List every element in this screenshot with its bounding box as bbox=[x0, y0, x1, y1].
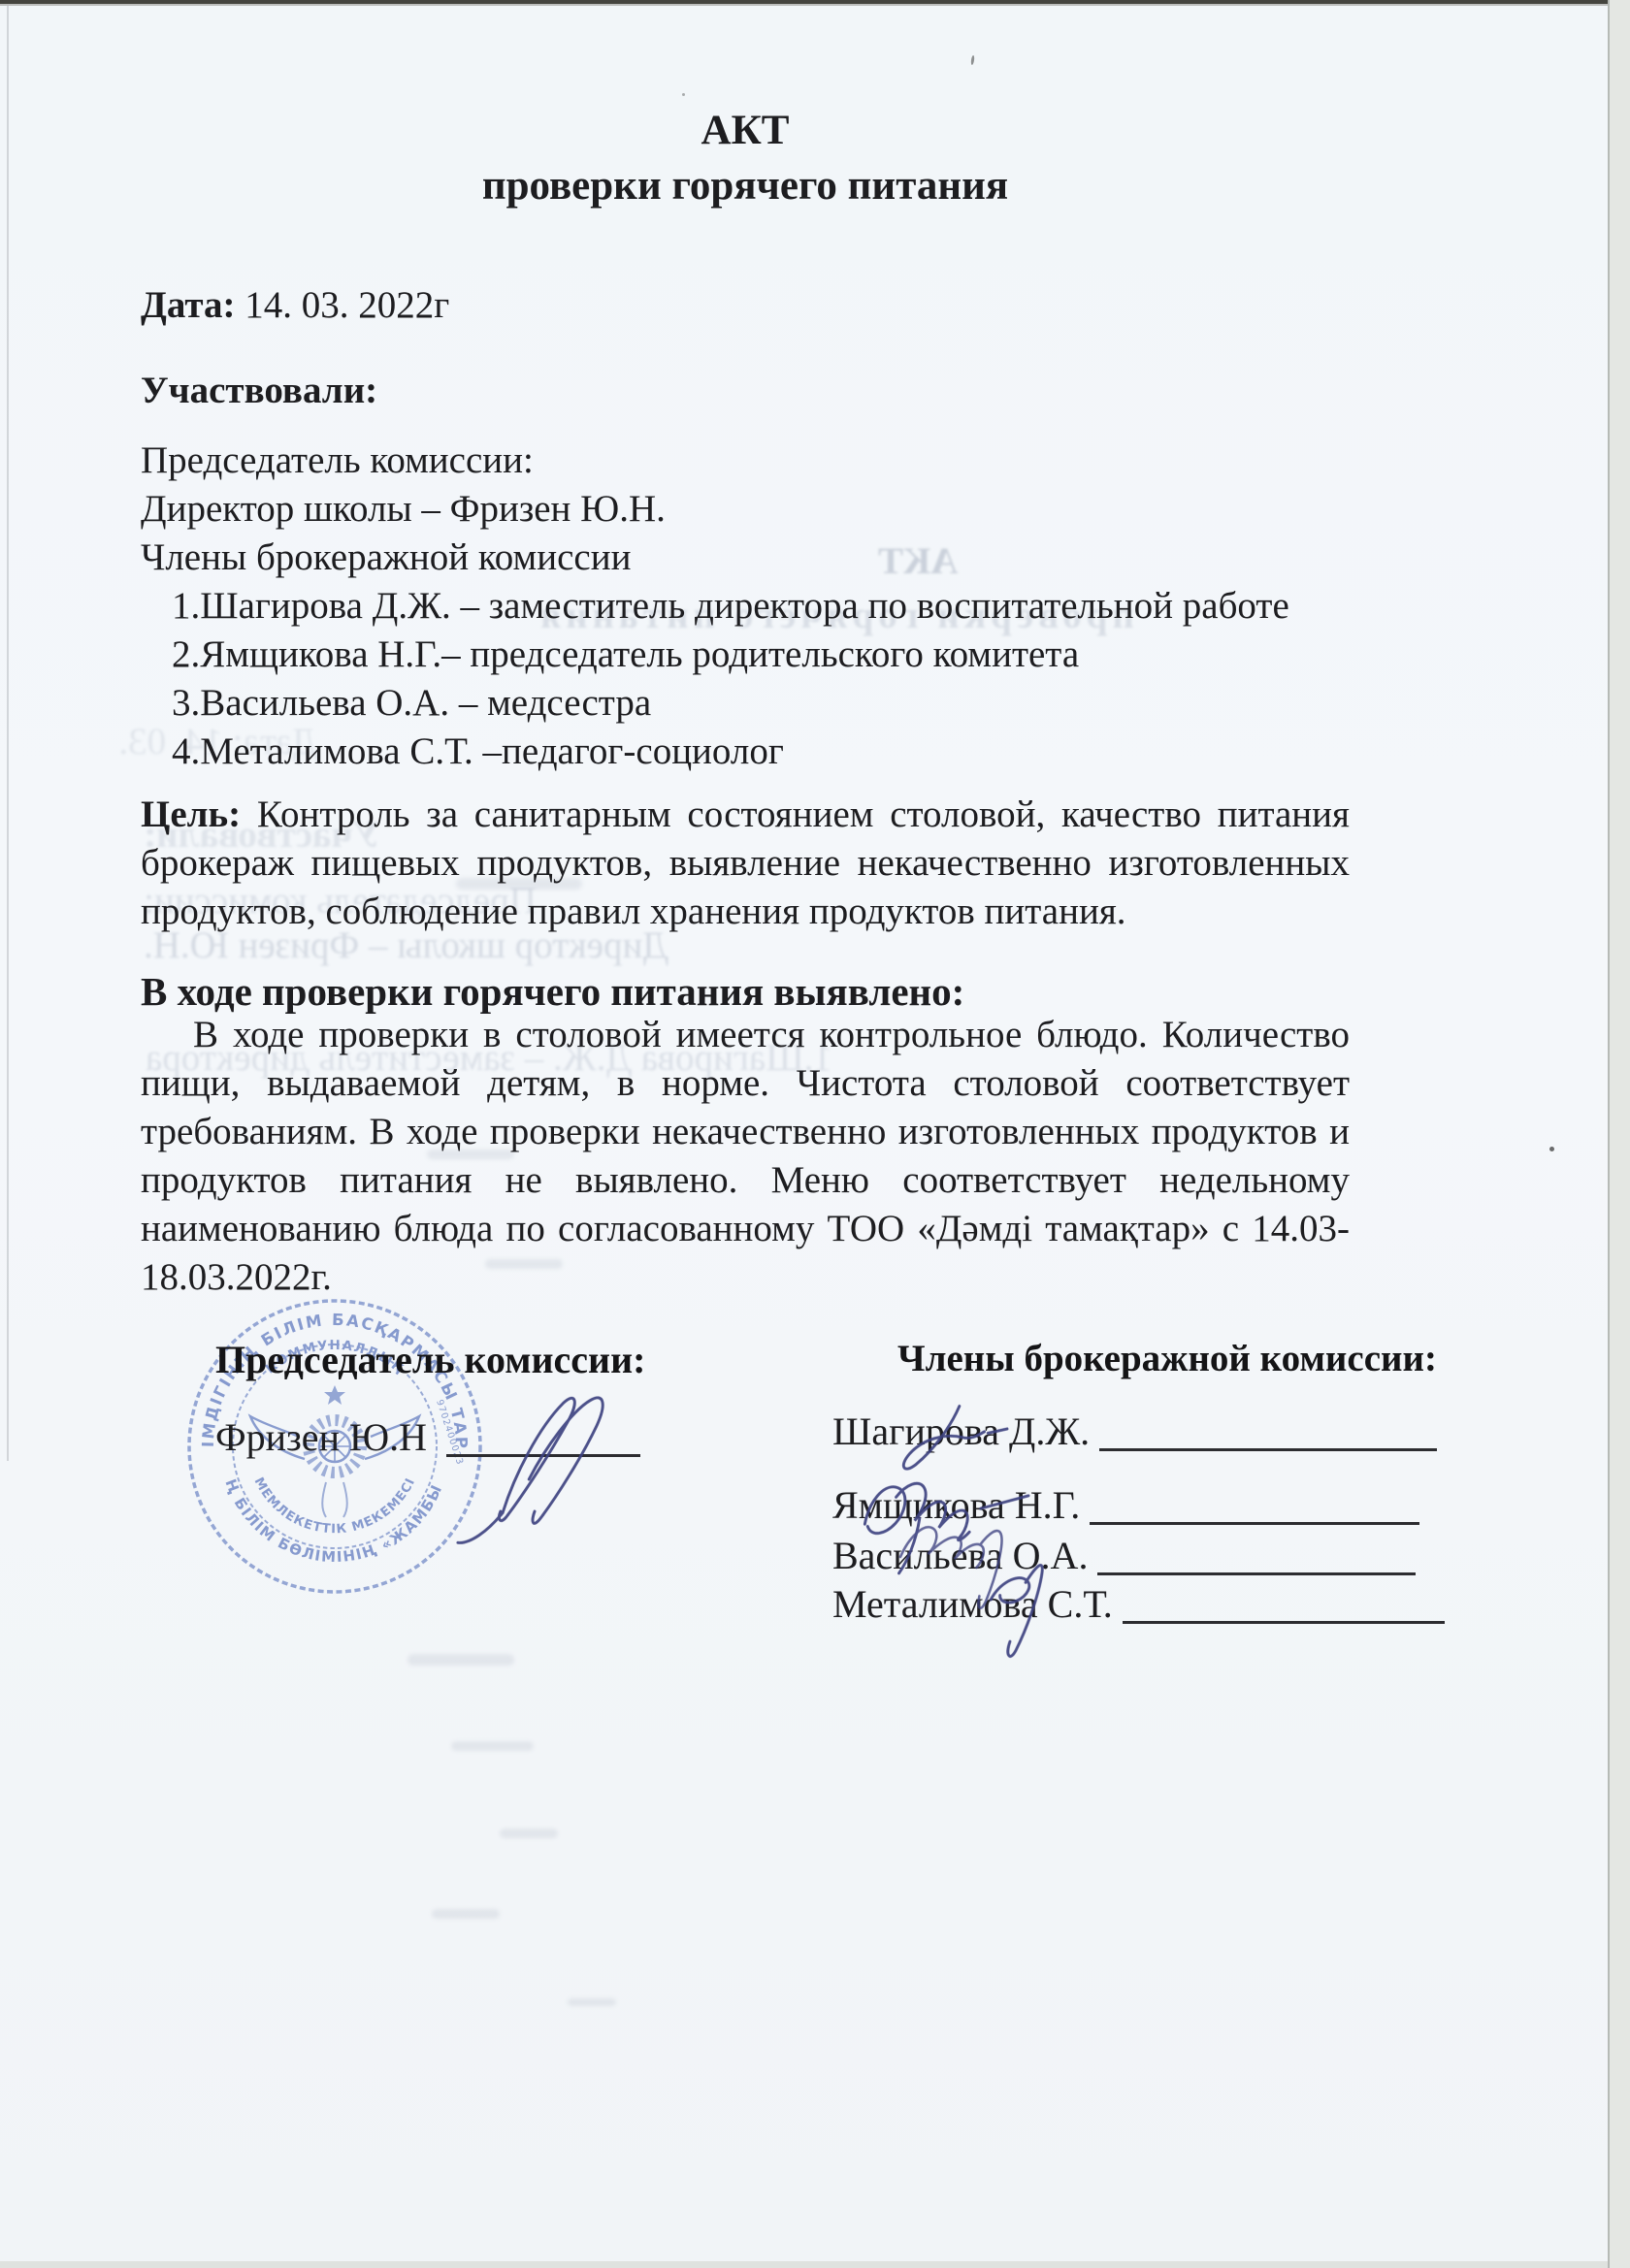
signature-ink-frizen bbox=[458, 1398, 603, 1543]
member-item-4: 4.Металимова С.Т. –педагог-социолог bbox=[141, 728, 1350, 776]
members-label: Члены брокеражной комиссии bbox=[141, 534, 1350, 582]
date-label: Дата: bbox=[141, 284, 235, 326]
scan-speck bbox=[682, 93, 685, 96]
signature-ink-yamshchikova bbox=[864, 1483, 1028, 1573]
member-item-2: 2.Ямщикова Н.Г.– председатель родительск… bbox=[141, 631, 1350, 679]
goal-text: Контроль за санитарным состоянием столов… bbox=[141, 794, 1350, 932]
chairman-label: Председатель комиссии: bbox=[141, 437, 1350, 485]
goal-label: Цель: bbox=[141, 794, 241, 835]
signature-ink-shagirova bbox=[903, 1406, 1007, 1469]
date-value: 14. 03. 2022г bbox=[235, 284, 449, 326]
stamp-star bbox=[324, 1385, 345, 1405]
goal-paragraph: Цель: Контроль за санитарным состоянием … bbox=[141, 791, 1350, 936]
scan-speck bbox=[1549, 1147, 1554, 1151]
scan-edge-bottom bbox=[0, 2261, 1608, 2268]
bleed-mark bbox=[432, 1909, 500, 1919]
handwritten-signatures bbox=[388, 1329, 1455, 1736]
scan-edge-top-shadow bbox=[0, 4, 1630, 6]
date-line: Дата: 14. 03. 2022г bbox=[141, 281, 449, 330]
title-line-1: АКТ bbox=[141, 103, 1350, 158]
member-item-1: 1.Шагирова Д.Ж. – заместитель директора … bbox=[141, 582, 1350, 631]
participants-heading: Участвовали: bbox=[141, 367, 377, 415]
document-title: АКТ проверки горячего питания bbox=[141, 103, 1350, 213]
scan-speck bbox=[970, 55, 974, 65]
paper-sheet: АКТ проверки горячего питания Дата: 14. … bbox=[0, 0, 1608, 2268]
bleed-mark bbox=[451, 1741, 534, 1751]
stamp-base-ornament bbox=[322, 1482, 347, 1517]
findings-heading: В ходе проверки горячего питания выявлен… bbox=[141, 967, 964, 1016]
title-line-2: проверки горячего питания bbox=[141, 158, 1350, 213]
member-item-3: 3.Васильева О.А. – медсестра bbox=[141, 679, 1350, 728]
signature-ink-metalimova bbox=[991, 1565, 1042, 1656]
chairman-line: Директор школы – Фризен Ю.Н. bbox=[141, 485, 1350, 534]
commission-roster: Председатель комиссии: Директор школы – … bbox=[141, 437, 1350, 776]
scan-edge-left bbox=[7, 6, 9, 1461]
scanned-document-page: { "document": { "title_line1": "АКТ", "t… bbox=[0, 0, 1630, 2268]
scan-edge-right bbox=[1608, 0, 1630, 2268]
bleed-mark bbox=[500, 1829, 558, 1838]
bleed-mark bbox=[568, 1998, 616, 2006]
findings-paragraph: В ходе проверки в столовой имеется контр… bbox=[141, 1011, 1350, 1302]
